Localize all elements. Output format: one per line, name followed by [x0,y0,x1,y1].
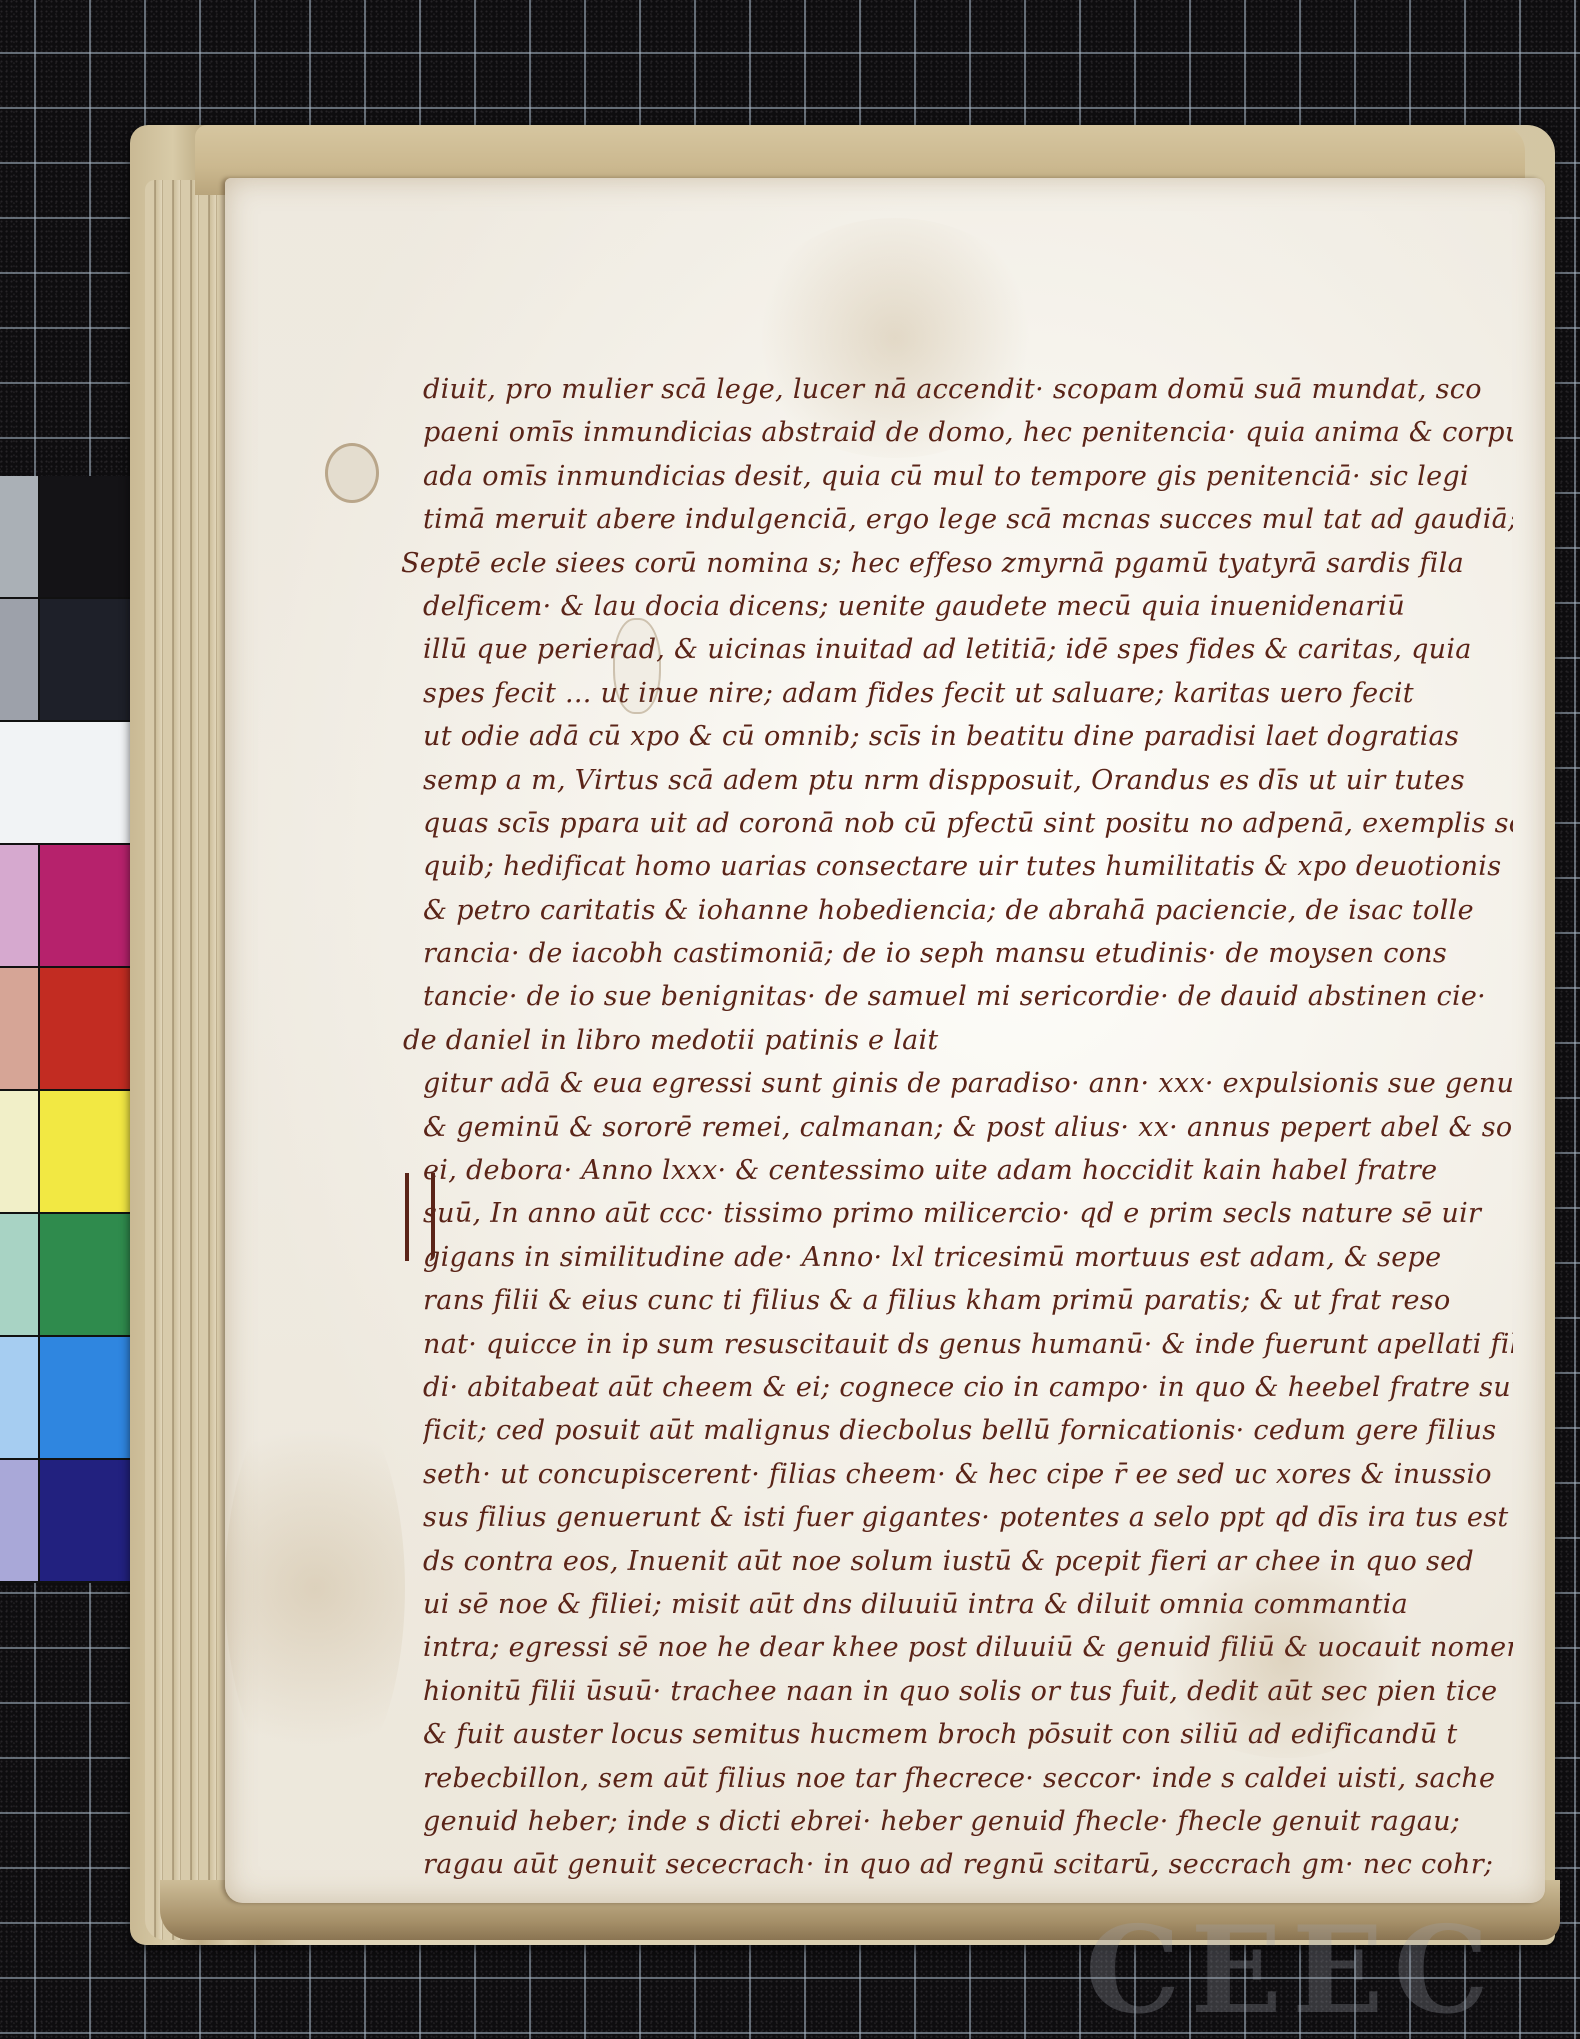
manuscript-line: timā meruit abere indulgenciā, ergo lege… [423,498,1513,541]
calibration-patch-row [0,476,135,599]
manuscript-page: diuit, pro mulier scā lege, lucer nā acc… [225,178,1545,1903]
manuscript-line: & fuit auster locus semitus hucmem broch… [423,1713,1513,1756]
manuscript-text-block: diuit, pro mulier scā lege, lucer nā acc… [423,368,1513,1887]
manuscript-line: hionitū filii ūsuū· trachee naan in quo … [423,1670,1513,1713]
manuscript-line: tancie· de io sue benignitas· de samuel … [423,975,1513,1018]
manuscript-line: ei, debora· Anno lxxx· & centessimo uite… [423,1149,1513,1192]
calibration-patch-row [0,1214,135,1337]
manuscript-line: paeni omīs inmundicias abstraid de domo,… [423,411,1513,454]
calibration-patch-light [0,845,38,966]
calibration-patch-dark [38,845,135,966]
calibration-patch-dark [38,1091,135,1212]
calibration-patch-row [0,1460,135,1583]
calibration-patch-light [0,1337,38,1458]
calibration-patch-dark [38,1214,135,1335]
calibration-patch-dark [38,1337,135,1458]
manuscript-line: quib; hedificat homo uarias consectare u… [423,845,1513,888]
manuscript-line: rebecbillon, sem aūt filius noe tar fhec… [423,1757,1513,1800]
calibration-patch-light [0,722,135,843]
calibration-patch-row [0,1091,135,1214]
calibration-patch-dark [38,476,135,597]
calibration-patch-light [0,968,38,1089]
manuscript-line: semp a m, Virtus scā adem ptu nrm disppo… [423,759,1513,802]
calibration-patch-row [0,1337,135,1460]
calibration-patch-row [0,722,135,845]
manuscript-line: sus filius genuerunt & isti fuer gigante… [423,1496,1513,1539]
calibration-patch-light [0,1214,38,1335]
calibration-patch-dark [38,968,135,1089]
manuscript-line: Septē ecle siees corū nomina s; hec effe… [401,542,1513,585]
manuscript-line: spes fecit ... ut inue nire; adam fides … [423,672,1513,715]
manuscript-line: illū que perierad, & uicinas inuitad ad … [423,628,1513,671]
manuscript-line: nat· quicce in ip sum resuscitauit ds ge… [423,1323,1513,1366]
calibration-patch-row [0,968,135,1091]
manuscript-line: ragau aūt genuit sececrach· in quo ad re… [423,1843,1513,1886]
calibration-patch-dark [38,1460,135,1581]
manuscript-line: & petro caritatis & iohanne hobediencia;… [423,889,1513,932]
calibration-patch-row [0,599,135,722]
calibration-patch-dark [38,599,135,720]
manuscript-line: rans filii & eius cunc ti filius & a fil… [423,1279,1513,1322]
manuscript-line: ficit; ced posuit aūt malignus diecbolus… [423,1409,1513,1452]
manuscript-line: quas scīs ppara uit ad coronā nob cū pfe… [423,802,1513,845]
calibration-patch-light [0,1091,38,1212]
manuscript-line: di· abitabeat aūt cheem & ei; cognece ci… [423,1366,1513,1409]
manuscript-line: gigans in similitudine ade· Anno· lxl tr… [423,1236,1513,1279]
manuscript-line: de daniel in libro medotii patinis e lai… [403,1019,1513,1062]
parchment-hole [325,443,379,503]
manuscript-line: ut odie adā cū xpo & cū omnib; scīs in b… [423,715,1513,758]
calibration-patch-row [0,845,135,968]
calibration-patch-light [0,599,38,720]
color-calibration-strip [0,476,139,1583]
manuscript-line: & geminū & sororē remei, calmanan; & pos… [423,1106,1513,1149]
manuscript-line: ui sē noe & filiei; misit aūt dns diluui… [423,1583,1513,1626]
calibration-patch-light [0,476,38,597]
manuscript-line: rancia· de iacobh castimoniā; de io seph… [423,932,1513,975]
manuscript-line: ada omīs inmundicias desit, quia cū mul … [423,455,1513,498]
manuscript-line: diuit, pro mulier scā lege, lucer nā acc… [423,368,1513,411]
manuscript-line: seth· ut concupiscerent· filias cheem· &… [423,1453,1513,1496]
manuscript-line: delficem· & lau docia dicens; uenite gau… [423,585,1513,628]
manuscript-line: intra; egressi sē noe he dear khee post … [423,1626,1513,1669]
manuscript-line: ds contra eos, Inuenit aūt noe solum ius… [423,1540,1513,1583]
manuscript-line: genuid heber; inde s dicti ebrei· heber … [423,1800,1513,1843]
watermark: CEEC [1085,1900,1499,2039]
calibration-patch-light [0,1460,38,1581]
parchment-stain [225,1378,405,1798]
manuscript-line: suū, In anno aūt ccc· tissimo primo mili… [423,1192,1513,1235]
manuscript-line: gitur adā & eua egressi sunt ginis de pa… [423,1062,1513,1105]
decorated-initial-I [405,1173,435,1261]
